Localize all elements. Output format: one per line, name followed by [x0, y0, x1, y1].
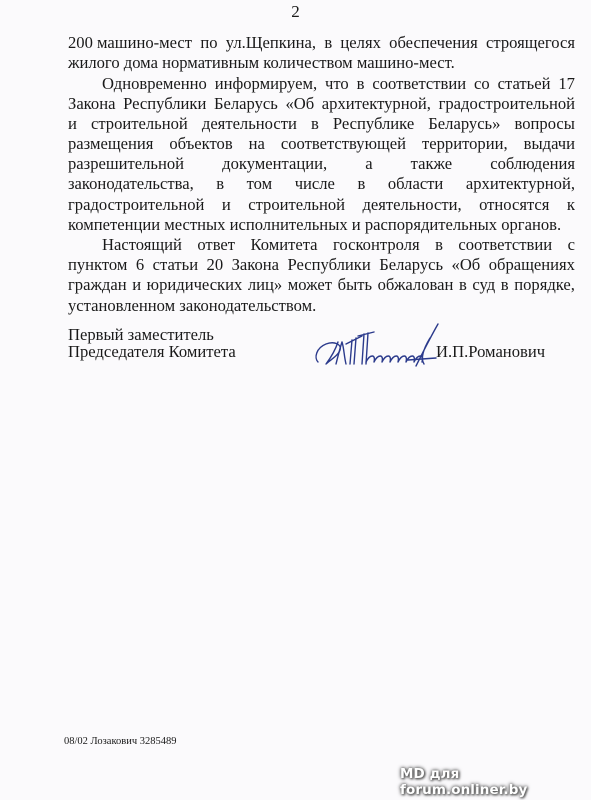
word: в [357, 74, 365, 94]
word: Одновременно [102, 74, 207, 94]
word: градостроительной [439, 94, 575, 114]
word: обращениях [489, 255, 575, 275]
word: жилого дома нормативным количеством маши… [68, 53, 455, 72]
word: строящегося [486, 33, 575, 53]
word: законодательства, [68, 174, 194, 194]
word: деятельности [202, 114, 297, 134]
word: лиц» [248, 275, 282, 295]
word: Беларусь» [428, 114, 500, 134]
text-line: граждан и юридических лиц» может быть об… [68, 275, 575, 295]
word: территории, [422, 134, 508, 154]
word: соответствии [458, 235, 552, 255]
word: в [501, 275, 509, 295]
word: разрешительной [68, 154, 184, 174]
word: в [311, 114, 319, 134]
word: также [411, 154, 453, 174]
text-line: разрешительной документации, а также соб… [68, 154, 575, 174]
word: Закона [232, 255, 279, 275]
word: строительной [248, 195, 345, 215]
word: статьи [153, 255, 198, 275]
word: что [325, 74, 349, 94]
word: целях [340, 33, 380, 53]
word: в [459, 275, 467, 295]
text-line: компетенции местных исполнительных и рас… [68, 215, 575, 235]
signatory-title: Первый заместитель Председателя Комитета [68, 326, 236, 360]
word: ответ [197, 235, 235, 255]
word: пунктом [68, 255, 127, 275]
word: юридических [147, 275, 243, 295]
word: размещения [68, 134, 153, 154]
word: со [474, 74, 490, 94]
word: ул.Щепкина, [226, 33, 316, 53]
word: Настоящий [102, 235, 182, 255]
word: на [249, 134, 265, 154]
word: с [568, 235, 575, 255]
paragraph-continuation: 200 машино-мест по ул.Щепкина, в целях о… [68, 33, 575, 73]
word: информируем, [215, 74, 317, 94]
text-line: пунктом 6 статьи 20 Закона Республики Бе… [68, 255, 575, 275]
word: граждан [68, 275, 127, 295]
word: архитектурной, [322, 94, 431, 114]
word: «Об [285, 94, 314, 114]
word: деятельности, [362, 195, 461, 215]
word: Беларусь [214, 94, 278, 114]
word: в [435, 235, 443, 255]
word: вопросы [515, 114, 575, 134]
word: Республики [123, 94, 206, 114]
word: в [357, 174, 365, 194]
word: градостроительной [68, 195, 204, 215]
word: и [68, 114, 77, 134]
word: установленном законодательством. [68, 296, 316, 315]
word: объектов [169, 134, 232, 154]
word: и [222, 195, 231, 215]
page-number: 2 [0, 2, 591, 22]
word: Республике [333, 114, 414, 134]
text-line: Закона Республики Беларусь «Об архитекту… [68, 94, 575, 114]
word: числе [295, 174, 335, 194]
word: 200 машино-мест [68, 33, 192, 53]
word: по [200, 33, 217, 53]
word: в [324, 33, 332, 53]
word: «Об [452, 255, 481, 275]
word: обеспечения [389, 33, 478, 53]
word: Комитета [251, 235, 318, 255]
text-line: Настоящий ответ Комитета госконтроля в с… [68, 235, 575, 255]
text-line: законодательства, в том числе в области … [68, 174, 575, 194]
paragraph-appeal: Настоящий ответ Комитета госконтроля в с… [68, 235, 575, 316]
word: быть [338, 275, 372, 295]
word: Республики [288, 255, 371, 275]
watermark: MD для forum.onliner.by [400, 766, 591, 798]
word: соблюдения [490, 154, 575, 174]
word: выдачи [524, 134, 575, 154]
word: относятся [479, 195, 549, 215]
word: обжалован [378, 275, 454, 295]
text-line: 200 машино-мест по ул.Щепкина, в целях о… [68, 33, 575, 53]
word: порядке, [514, 275, 575, 295]
signer-name: И.П.Романович [436, 343, 545, 360]
executor-note: 08/02 Лозакович 3285489 [64, 736, 177, 748]
word: строительной [91, 114, 188, 134]
text-line: жилого дома нормативным количеством маши… [68, 53, 575, 73]
text-line: и строительной деятельности в Республике… [68, 114, 575, 134]
word: соответствии [372, 74, 466, 94]
word: Беларусь [379, 255, 443, 275]
word: может [288, 275, 332, 295]
word: и [132, 275, 141, 295]
word: том [247, 174, 273, 194]
handwritten-signature-icon [312, 320, 444, 370]
word: к [567, 195, 575, 215]
word: Закона [68, 94, 115, 114]
signatory-title-line-1: Первый заместитель [68, 326, 236, 343]
word: статьей [498, 74, 551, 94]
word: в [216, 174, 224, 194]
word: 17 [558, 74, 575, 94]
word: 20 [207, 255, 224, 275]
word: архитектурной, [466, 174, 575, 194]
text-line: Одновременно информируем, что в соответс… [68, 74, 575, 94]
word: компетенции местных исполнительных и рас… [68, 215, 561, 234]
word: суд [472, 275, 495, 295]
signatory-title-line-2: Председателя Комитета [68, 343, 236, 360]
text-line: градостроительной и строительной деятель… [68, 195, 575, 215]
text-line: установленном законодательством. [68, 296, 575, 316]
word: 6 [136, 255, 144, 275]
word: госконтроля [333, 235, 420, 255]
text-line: размещения объектов на соответствующей т… [68, 134, 575, 154]
word: документации, [222, 154, 327, 174]
word: соответствующей [281, 134, 406, 154]
word: а [365, 154, 372, 174]
paragraph-jurisdiction: Одновременно информируем, что в соответс… [68, 74, 575, 236]
word: области [388, 174, 443, 194]
